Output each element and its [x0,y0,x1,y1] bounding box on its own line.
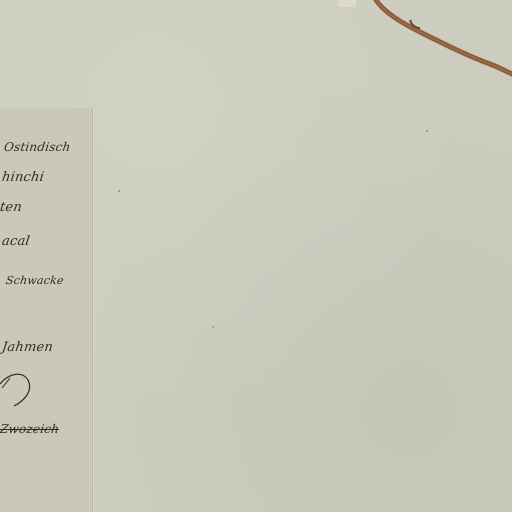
label-line-collector: Schwacke [5,274,65,287]
label-line-4: acal [1,234,31,249]
debris-speck [426,130,428,132]
specimen-label: Ostindisch hinchi ten acal Schwacke Jahm… [0,108,93,512]
mounting-tape [338,0,356,7]
label-line-3: ten [0,200,23,215]
label-line-6: Jahmen [1,340,54,355]
label-line-2: hinchi [1,170,45,185]
handwritten-flourish [0,370,34,410]
label-line-locality: Ostindisch [3,140,71,154]
herbarium-sheet: Ostindisch hinchi ten acal Schwacke Jahm… [0,0,512,512]
debris-speck [212,326,214,328]
plant-stem [360,0,512,90]
label-line-signature: Zwozeich [0,422,60,436]
debris-speck [118,190,120,192]
